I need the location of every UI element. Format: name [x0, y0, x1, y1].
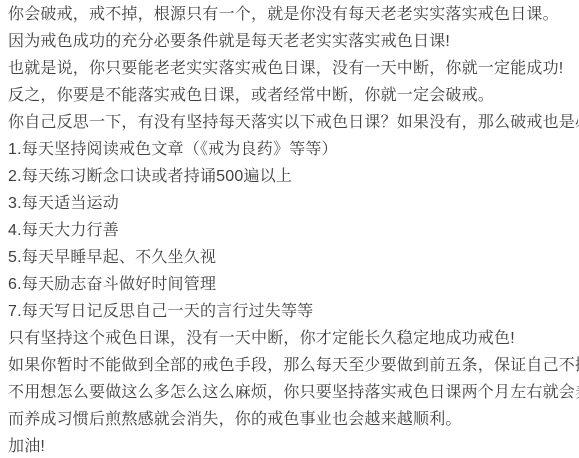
paragraph-reflect: 你自己反思一下，有没有坚持每天落实以下戒色日课？如果没有，那么破戒也是必然。	[8, 109, 571, 136]
list-item-6: 6.每天励志奋斗做好时间管理	[8, 271, 571, 298]
paragraph-intro-3: 也就是说，你只要能老老实实落实戒色日课，没有一天中断，你就一定能成功!	[8, 55, 571, 82]
paragraph-intro-4: 反之，你要是不能落实戒色日课，或者经常中断，你就一定会破戒。	[8, 82, 571, 109]
paragraph-closing: 加油!	[8, 433, 571, 458]
paragraph-outro-2: 如果你暂时不能做到全部的戒色手段，那么每天至少要做到前五条，保证自己不撸。	[8, 352, 571, 379]
list-item-7: 7.每天写日记反思自己一天的言行过失等等	[8, 298, 571, 325]
paragraph-outro-4: 而养成习惯后煎熬感就会消失，你的戒色事业也会越来越顺利。	[8, 406, 571, 433]
article-text-body: 你会破戒，戒不掉，根源只有一个，就是你没有每天老老实实落实戒色日课。 因为戒色成…	[0, 0, 579, 458]
list-item-4: 4.每天大力行善	[8, 217, 571, 244]
paragraph-outro-3: 不用想怎么要做这么多怎么这么麻烦，你只要坚持落实戒色日课两个月左右就会养成习惯，	[8, 379, 571, 406]
list-item-2: 2.每天练习断念口诀或者持诵500遍以上	[8, 163, 571, 190]
paragraph-outro-1: 只有坚持这个戒色日课，没有一天中断，你才定能长久稳定地成功戒色!	[8, 325, 571, 352]
paragraph-intro-2: 因为戒色成功的充分必要条件就是每天老老实实落实戒色日课!	[8, 28, 571, 55]
list-item-1: 1.每天坚持阅读戒色文章（《戒为良药》等等）	[8, 136, 571, 163]
paragraph-intro-1: 你会破戒，戒不掉，根源只有一个，就是你没有每天老老实实落实戒色日课。	[8, 1, 571, 28]
list-item-5: 5.每天早睡早起、不久坐久视	[8, 244, 571, 271]
list-item-3: 3.每天适当运动	[8, 190, 571, 217]
